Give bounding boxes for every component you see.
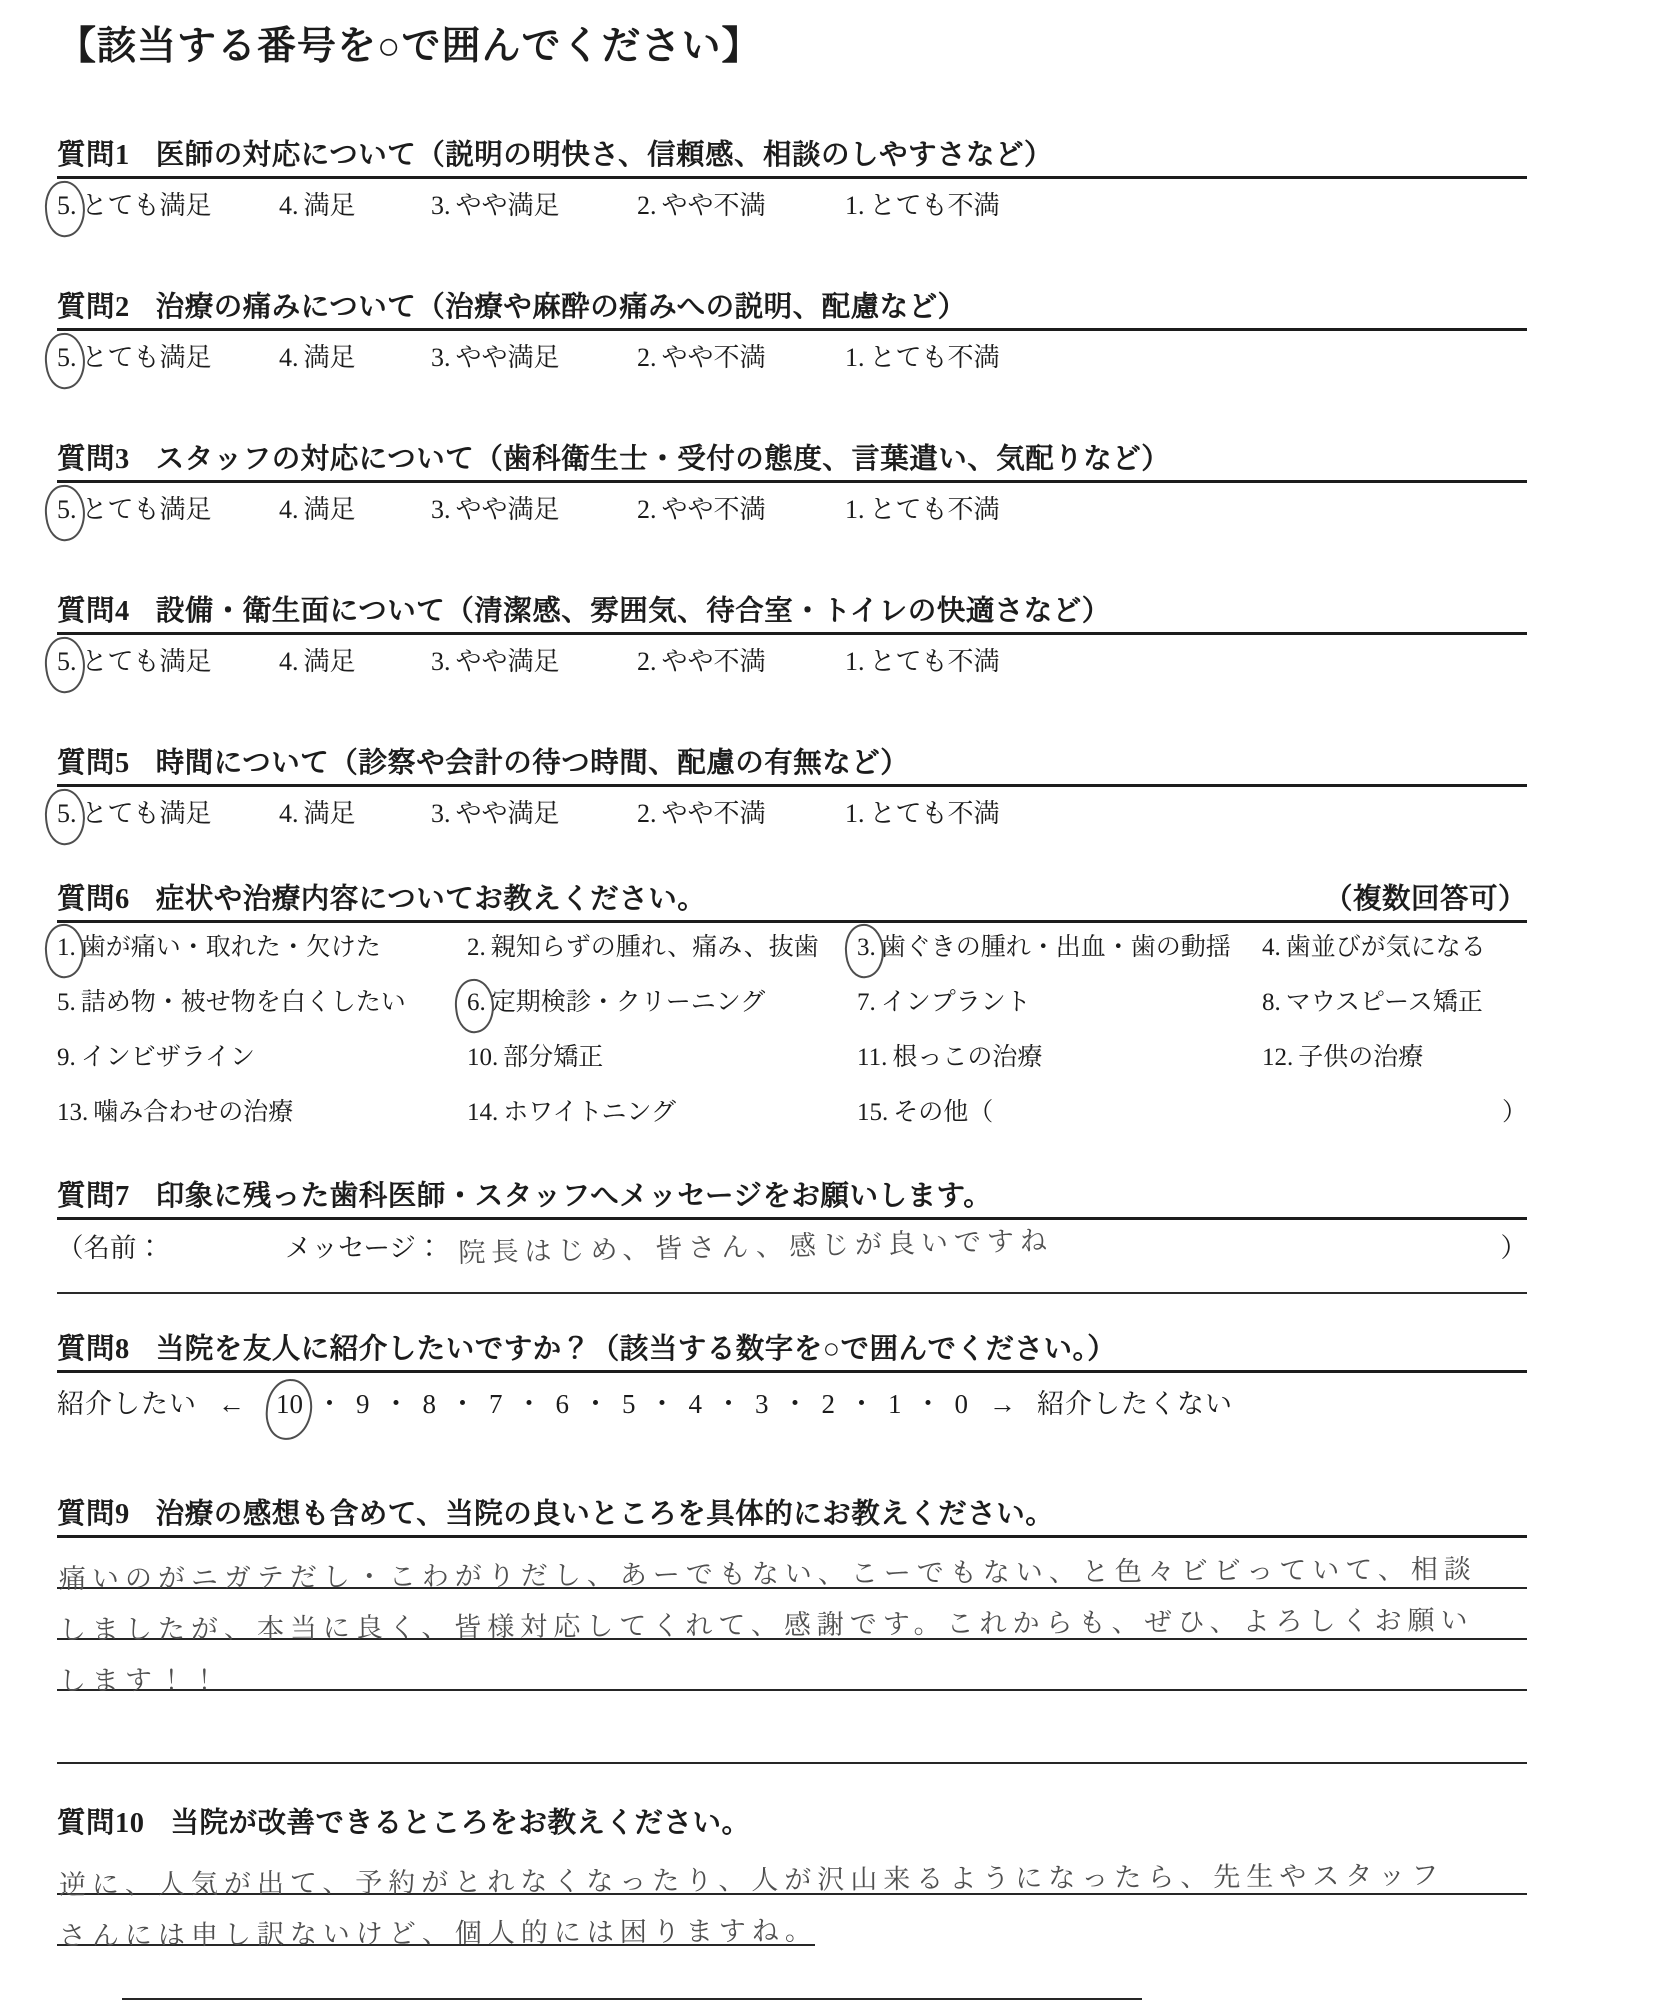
circle-annotation: 5. bbox=[57, 644, 77, 680]
question-10-heading: 質問10 当院が改善できるところをお教えください。 bbox=[57, 1804, 1527, 1844]
question-number: 質問10 bbox=[57, 1804, 145, 1844]
question-number: 質問1 bbox=[57, 136, 130, 176]
dot-separator: ・ bbox=[649, 1385, 676, 1423]
rating-option-3: 3.やや満足 bbox=[431, 492, 637, 528]
not-refer-label: 紹介したくない bbox=[1037, 1385, 1233, 1423]
question-title: 時間について（診察や会計の待つ時間、配慮の有無など） bbox=[156, 744, 909, 784]
symptom-option-2: 2.親知らずの腫れ、痛み、抜歯 bbox=[467, 931, 857, 965]
dot-separator: ・ bbox=[449, 1385, 476, 1423]
symptom-option-10: 10.部分矯正 bbox=[467, 1041, 857, 1075]
dot-separator: ・ bbox=[383, 1385, 410, 1423]
scale-number-0: 0 bbox=[955, 1385, 969, 1423]
question-number: 質問4 bbox=[57, 592, 130, 632]
question-2-section: 質問2 治療の痛みについて（治療や麻酔の痛みへの説明、配慮など） 5.とても満足… bbox=[57, 288, 1527, 376]
scale-number-5: 5 bbox=[622, 1385, 636, 1423]
question-4-heading: 質問4 設備・衛生面について（清潔感、雰囲気、待合室・トイレの快適さなど） bbox=[57, 592, 1527, 632]
page-title: 【該当する番号を○で囲んでください】 bbox=[57, 20, 1527, 74]
ruled-writing-line bbox=[57, 1691, 1527, 1764]
circle-annotation: 5. bbox=[57, 340, 77, 376]
question-10-section: 質問10 当院が改善できるところをお教えください。 逆に、人気が出て、予約がとれ… bbox=[57, 1804, 1527, 2000]
right-arrow-icon: → bbox=[989, 1385, 1016, 1423]
rating-option-2: 2.やや不満 bbox=[637, 492, 845, 528]
symptom-option-4: 4.歯並びが気になる bbox=[1262, 931, 1527, 965]
symptom-option-13: 13.噛み合わせの治療 bbox=[57, 1096, 467, 1130]
question-8-section: 質問8 当院を友人に紹介したいですか？（該当する数字を○で囲んでください。） 紹… bbox=[57, 1330, 1527, 1423]
dot-separator: ・ bbox=[915, 1385, 942, 1423]
ruled-writing-line: 痛いのがニガテだし・こわがりだし、あーでもない、こーでもない、と色々ビビっていて… bbox=[57, 1538, 1527, 1589]
circle-annotation: 3. bbox=[857, 931, 876, 965]
question-1-heading: 質問1 医師の対応について（説明の明快さ、信頼感、相談のしやすさなど） bbox=[57, 136, 1527, 176]
symptom-option-14: 14.ホワイトニング bbox=[467, 1096, 857, 1130]
nps-scale-row: 紹介したい ← 10 ・ 9 ・ 8 ・ 7 ・ 6 ・ 5 ・ 4 ・ 3 ・… bbox=[57, 1373, 1527, 1423]
rating-option-3: 3.やや満足 bbox=[431, 188, 637, 224]
circle-annotation: 1. bbox=[57, 931, 76, 965]
rating-option-4: 4.満足 bbox=[279, 644, 431, 680]
want-to-refer-label: 紹介したい bbox=[57, 1385, 197, 1423]
symptom-option-1: 1.歯が痛い・取れた・欠けた bbox=[57, 931, 467, 965]
rating-option-4: 4.満足 bbox=[279, 188, 431, 224]
question-6-heading: 質問6 症状や治療内容についてお教えください。 （複数回答可） bbox=[57, 880, 1527, 920]
rating-option-5: 5.とても満足 bbox=[57, 644, 279, 680]
rating-option-2: 2.やや不満 bbox=[637, 796, 845, 832]
question-8-heading: 質問8 当院を友人に紹介したいですか？（該当する数字を○で囲んでください。） bbox=[57, 1330, 1527, 1370]
question-3-section: 質問3 スタッフの対応について（歯科衛生士・受付の態度、言葉遣い、気配りなど） … bbox=[57, 440, 1527, 528]
rating-option-1: 1.とても不満 bbox=[845, 796, 1527, 832]
rating-option-1: 1.とても不満 bbox=[845, 644, 1527, 680]
symptom-option-15: 15.その他（） bbox=[857, 1096, 1527, 1130]
question-4-section: 質問4 設備・衛生面について（清潔感、雰囲気、待合室・トイレの快適さなど） 5.… bbox=[57, 592, 1527, 680]
symptom-option-7: 7.インプラント bbox=[857, 986, 1262, 1020]
rating-option-4: 4.満足 bbox=[279, 796, 431, 832]
question-1-rating-row: 5.とても満足 4.満足 3.やや満足 2.やや不満 1.とても不満 bbox=[57, 179, 1527, 224]
question-2-heading: 質問2 治療の痛みについて（治療や麻酔の痛みへの説明、配慮など） bbox=[57, 288, 1527, 328]
dot-separator: ・ bbox=[848, 1385, 875, 1423]
question-title: 症状や治療内容についてお教えください。 bbox=[156, 880, 706, 920]
close-paren: ） bbox=[1501, 1230, 1528, 1266]
question-title: 印象に残った歯科医師・スタッフへメッセージをお願いします。 bbox=[156, 1177, 992, 1217]
circle-annotation: 5. bbox=[57, 796, 77, 832]
question-2-rating-row: 5.とても満足 4.満足 3.やや満足 2.やや不満 1.とても不満 bbox=[57, 331, 1527, 376]
question-title: 治療の痛みについて（治療や麻酔の痛みへの説明、配慮など） bbox=[156, 288, 967, 328]
question-4-rating-row: 5.とても満足 4.満足 3.やや満足 2.やや不満 1.とても不満 bbox=[57, 635, 1527, 680]
rating-option-5: 5.とても満足 bbox=[57, 340, 279, 376]
question-title: 治療の感想も含めて、当院の良いところを具体的にお教えください。 bbox=[156, 1495, 1054, 1535]
rating-option-1: 1.とても不満 bbox=[845, 188, 1527, 224]
scale-number-4: 4 bbox=[689, 1385, 703, 1423]
ruled-writing-line: します！！ bbox=[57, 1640, 1527, 1691]
multi-answer-note: （複数回答可） bbox=[1324, 880, 1527, 920]
question-7-heading: 質問7 印象に残った歯科医師・スタッフへメッセージをお願いします。 bbox=[57, 1177, 1527, 1217]
question-title: 設備・衛生面について（清潔感、雰囲気、待合室・トイレの快適さなど） bbox=[156, 592, 1111, 632]
divider-line bbox=[57, 1292, 1527, 1294]
question-title: スタッフの対応について（歯科衛生士・受付の態度、言葉遣い、気配りなど） bbox=[156, 440, 1170, 480]
question-3-heading: 質問3 スタッフの対応について（歯科衛生士・受付の態度、言葉遣い、気配りなど） bbox=[57, 440, 1527, 480]
circle-annotation: 6. bbox=[467, 986, 486, 1020]
scale-number-7: 7 bbox=[489, 1385, 503, 1423]
handwritten-message: 院長はじめ、皆さん、感じが良いですね bbox=[459, 1224, 1054, 1272]
other-close-paren: ） bbox=[1502, 1096, 1527, 1130]
scale-number-3: 3 bbox=[755, 1385, 769, 1423]
circle-annotation: 5. bbox=[57, 188, 77, 224]
scanned-survey-page: 【該当する番号を○で囲んでください】 質問1 医師の対応について（説明の明快さ、… bbox=[0, 0, 1655, 2000]
symptom-option-3: 3.歯ぐきの腫れ・出血・歯の動揺 bbox=[857, 931, 1262, 965]
question-number: 質問5 bbox=[57, 744, 130, 784]
question-number: 質問3 bbox=[57, 440, 130, 480]
dot-separator: ・ bbox=[582, 1385, 609, 1423]
symptom-option-12: 12.子供の治療 bbox=[1262, 1041, 1527, 1075]
question-title: 当院を友人に紹介したいですか？（該当する数字を○で囲んでください。） bbox=[156, 1330, 1116, 1370]
symptom-option-9: 9.インビザライン bbox=[57, 1041, 467, 1075]
rating-option-3: 3.やや満足 bbox=[431, 796, 637, 832]
message-field-label: メッセージ： bbox=[285, 1230, 442, 1266]
ruled-writing-line: しましたが、本当に良く、皆様対応してくれて、感謝です。これからも、ぜひ、よろしく… bbox=[57, 1589, 1527, 1640]
question-number: 質問9 bbox=[57, 1495, 130, 1535]
question-5-section: 質問5 時間について（診察や会計の待つ時間、配慮の有無など） 5.とても満足 4… bbox=[57, 744, 1527, 832]
scale-number-6: 6 bbox=[556, 1385, 570, 1423]
rating-option-4: 4.満足 bbox=[279, 492, 431, 528]
rating-option-2: 2.やや不満 bbox=[637, 188, 845, 224]
question-9-section: 質問9 治療の感想も含めて、当院の良いところを具体的にお教えください。 痛いのが… bbox=[57, 1495, 1527, 1764]
question-3-rating-row: 5.とても満足 4.満足 3.やや満足 2.やや不満 1.とても不満 bbox=[57, 483, 1527, 528]
circle-annotation: 10 bbox=[276, 1385, 303, 1423]
rating-option-1: 1.とても不満 bbox=[845, 492, 1527, 528]
question-title: 医師の対応について（説明の明快さ、信頼感、相談のしやすさなど） bbox=[156, 136, 1053, 176]
left-arrow-icon: ← bbox=[218, 1385, 245, 1423]
symptom-option-8: 8.マウスピース矯正 bbox=[1262, 986, 1527, 1020]
scale-number-9: 9 bbox=[356, 1385, 370, 1423]
rating-option-2: 2.やや不満 bbox=[637, 340, 845, 376]
question-6-section: 質問6 症状や治療内容についてお教えください。 （複数回答可） 1.歯が痛い・取… bbox=[57, 880, 1527, 1151]
dot-separator: ・ bbox=[715, 1385, 742, 1423]
symptom-option-6: 6.定期検診・クリーニング bbox=[467, 986, 857, 1020]
rating-option-4: 4.満足 bbox=[279, 340, 431, 376]
name-field-label: （名前： bbox=[57, 1230, 285, 1266]
question-number: 質問7 bbox=[57, 1177, 130, 1217]
rating-option-3: 3.やや満足 bbox=[431, 340, 637, 376]
question-5-heading: 質問5 時間について（診察や会計の待つ時間、配慮の有無など） bbox=[57, 744, 1527, 784]
question-number: 質問8 bbox=[57, 1330, 130, 1370]
rating-option-5: 5.とても満足 bbox=[57, 492, 279, 528]
question-number: 質問6 bbox=[57, 880, 130, 920]
question-title: 当院が改善できるところをお教えください。 bbox=[171, 1804, 751, 1844]
scale-number-2: 2 bbox=[822, 1385, 836, 1423]
question-5-rating-row: 5.とても満足 4.満足 3.やや満足 2.やや不満 1.とても不満 bbox=[57, 787, 1527, 832]
rating-option-2: 2.やや不満 bbox=[637, 644, 845, 680]
question-9-heading: 質問9 治療の感想も含めて、当院の良いところを具体的にお教えください。 bbox=[57, 1495, 1527, 1535]
symptom-option-11: 11.根っこの治療 bbox=[857, 1041, 1262, 1075]
dot-separator: ・ bbox=[782, 1385, 809, 1423]
rating-option-1: 1.とても不満 bbox=[845, 340, 1527, 376]
question-number: 質問2 bbox=[57, 288, 130, 328]
circle-annotation: 5. bbox=[57, 492, 77, 528]
scale-number-1: 1 bbox=[888, 1385, 902, 1423]
name-message-row: （名前： メッセージ： 院長はじめ、皆さん、感じが良いですね ） bbox=[57, 1220, 1527, 1292]
question-7-section: 質問7 印象に残った歯科医師・スタッフへメッセージをお願いします。 （名前： メ… bbox=[57, 1177, 1527, 1294]
scale-number-8: 8 bbox=[423, 1385, 437, 1423]
dot-separator: ・ bbox=[316, 1385, 343, 1423]
rating-option-3: 3.やや満足 bbox=[431, 644, 637, 680]
symptom-option-5: 5.詰め物・被せ物を白くしたい bbox=[57, 986, 467, 1020]
ruled-writing-line: さんには申し訳ないけど、個人的には困りますね。 bbox=[57, 1895, 815, 1946]
rating-option-5: 5.とても満足 bbox=[57, 188, 279, 224]
question-1-section: 質問1 医師の対応について（説明の明快さ、信頼感、相談のしやすさなど） 5.とて… bbox=[57, 136, 1527, 224]
dot-separator: ・ bbox=[516, 1385, 543, 1423]
rating-option-5: 5.とても満足 bbox=[57, 796, 279, 832]
ruled-writing-line bbox=[122, 1946, 1142, 2000]
question-6-options-grid: 1.歯が痛い・取れた・欠けた 2.親知らずの腫れ、痛み、抜歯 3.歯ぐきの腫れ・… bbox=[57, 923, 1527, 1151]
ruled-writing-line: 逆に、人気が出て、予約がとれなくなったり、人が沢山来るようになったら、先生やスタ… bbox=[57, 1844, 1527, 1895]
